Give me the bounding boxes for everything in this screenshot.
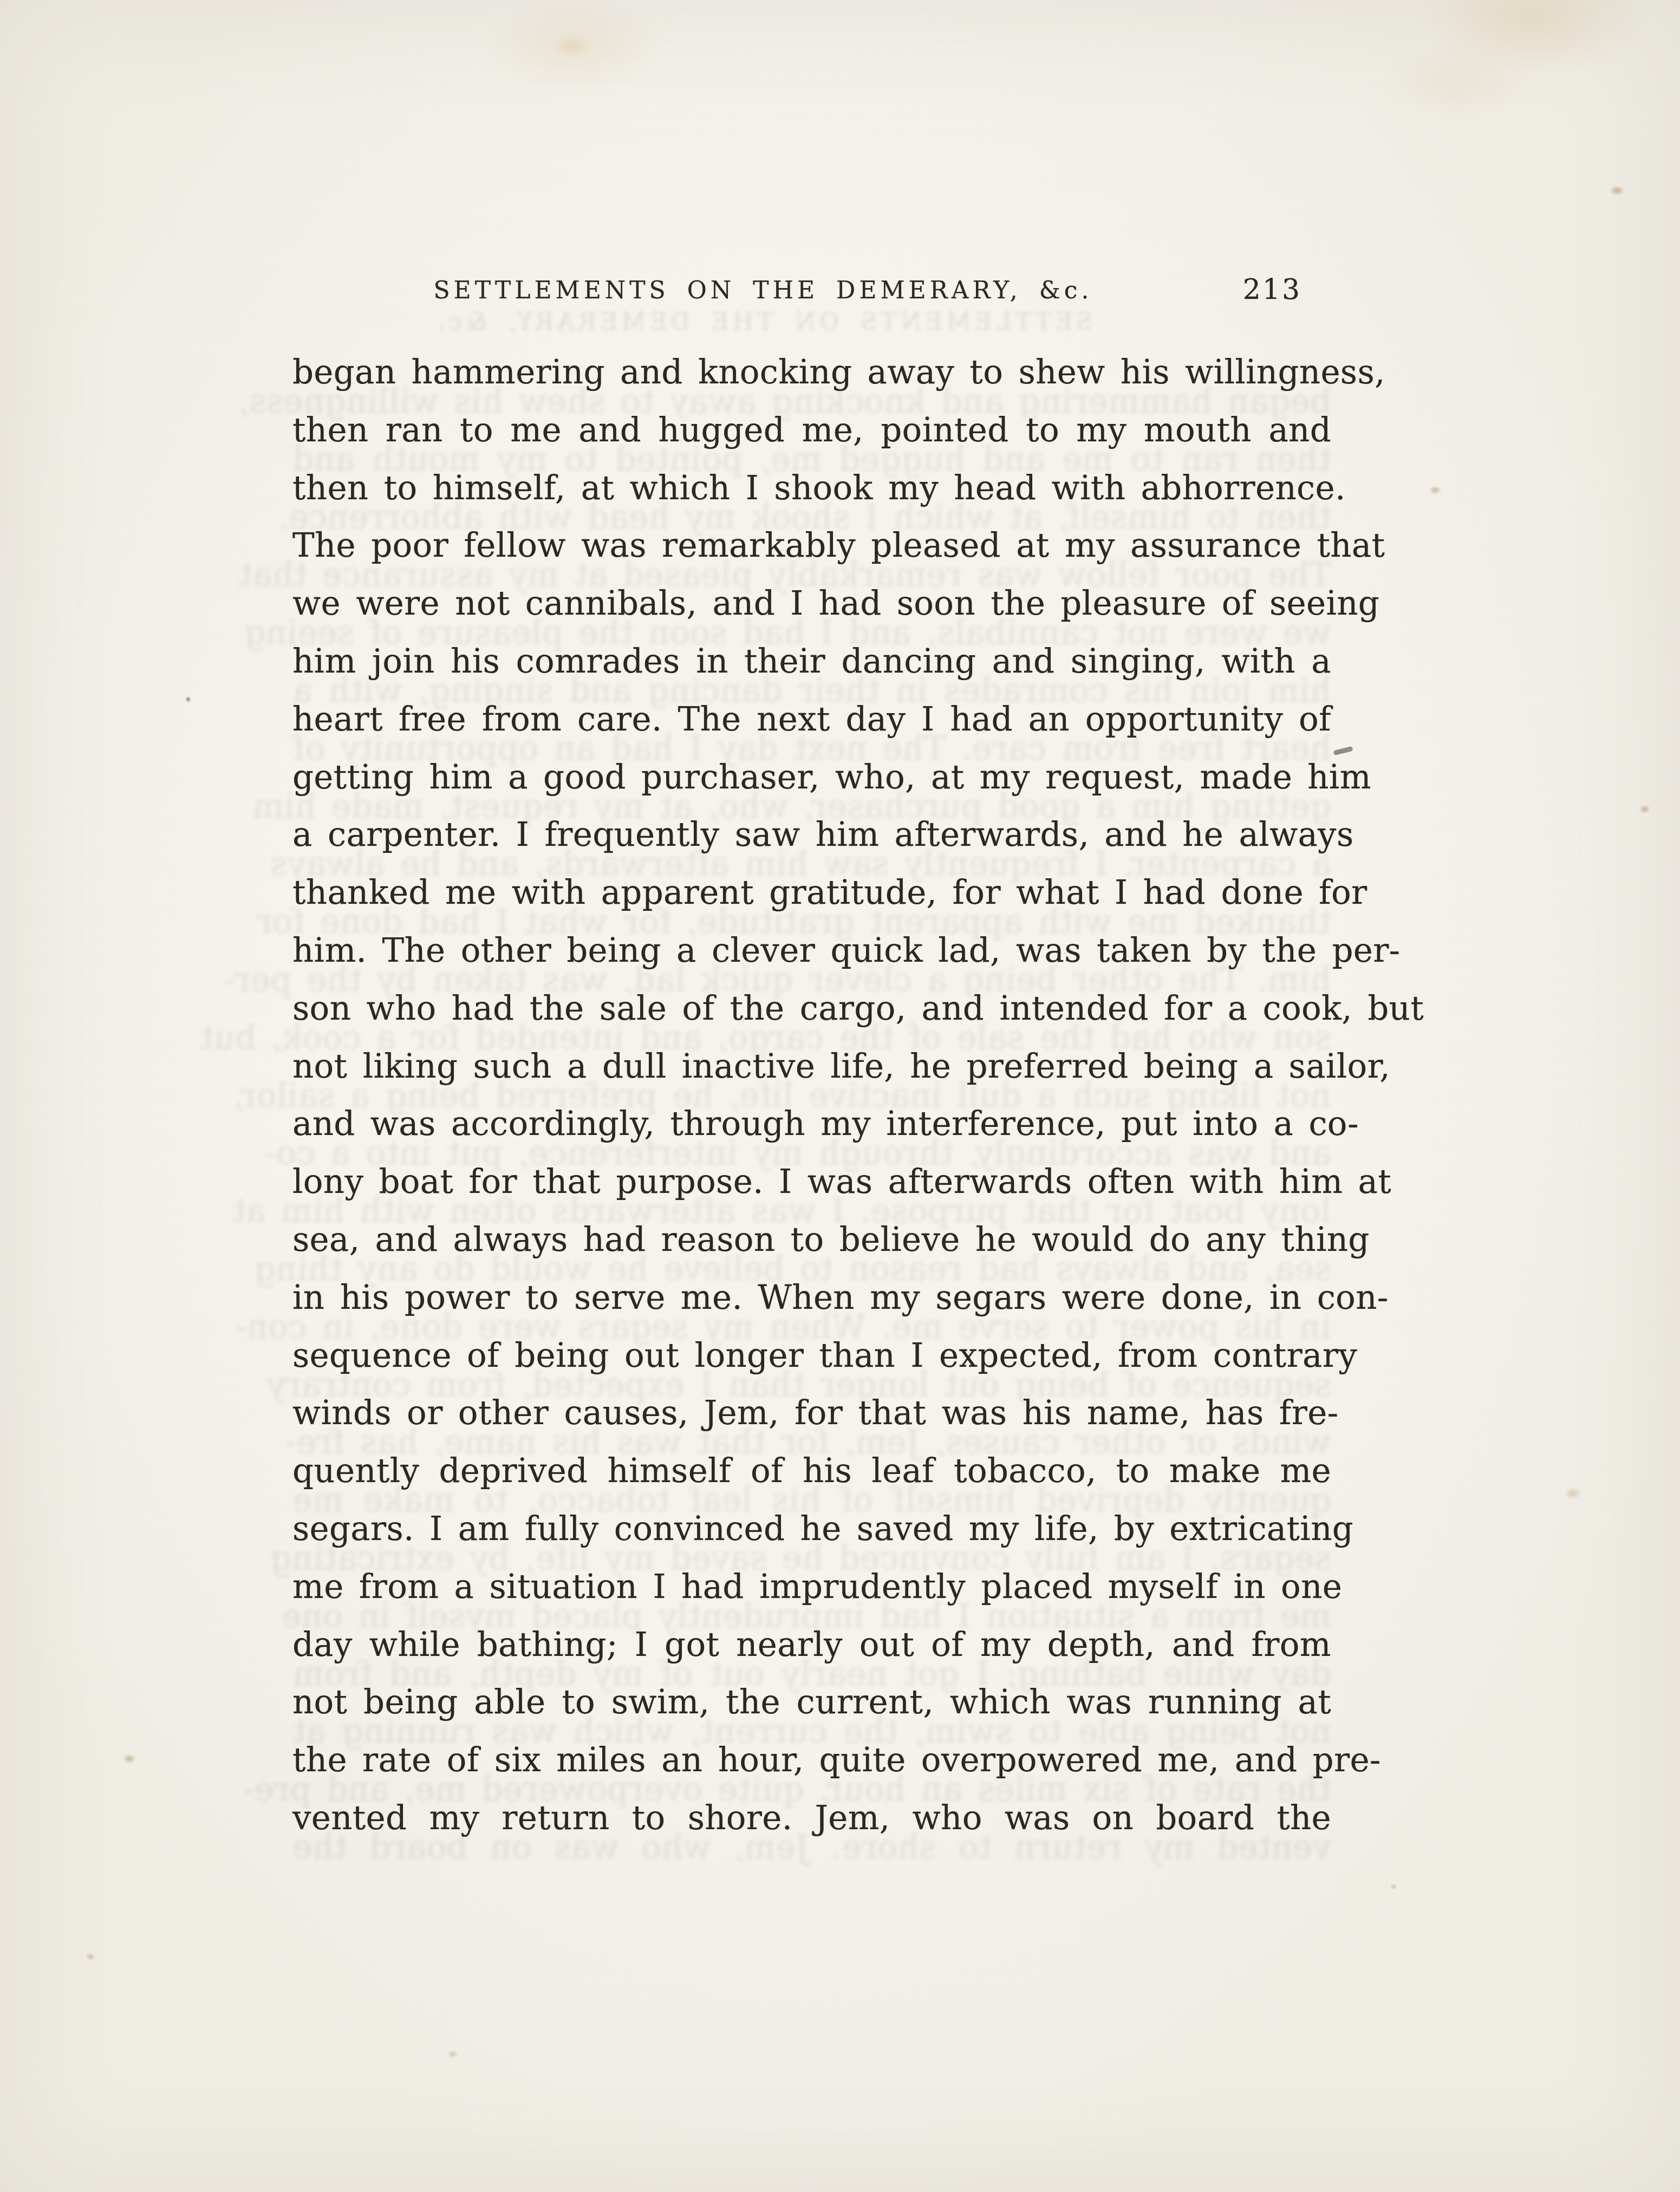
foxing-spot [447,2050,458,2058]
text-line-ink: him join his comrades in their dancing a… [292,642,1331,681]
text-line: vented my return to shore. Jem, who was … [292,1790,1331,1848]
text-line: me from a situation I had imprudently pl… [292,1558,1331,1616]
text-line-ink: segars. I am fully convinced he saved my… [292,1510,1353,1548]
text-line-ink: him. The other being a clever quick lad,… [292,931,1401,970]
text-line-ink: heart free from care. The next day I had… [292,700,1331,739]
text-line-ink: a carpenter. I frequently saw him afterw… [292,816,1354,854]
foxing-spot [1429,485,1442,495]
showthrough-ghost: SETTLEMENTS ON THE DEMERARY, &c. [292,308,1234,336]
text-line-ink: lony boat for that purpose. I was afterw… [292,1163,1391,1201]
foxing-spot [1564,1487,1581,1500]
text-line: The poor fellow was remarkably pleased a… [292,517,1331,575]
body-text: began hammering and knocking away to she… [292,344,1331,1848]
text-line-ink: we were not cannibals, and I had soon th… [292,584,1379,623]
foxing-spot [1610,185,1625,196]
text-line-ink: then ran to me and hugged me, pointed to… [292,411,1331,449]
text-line: and was accordingly, through my interfer… [292,1095,1331,1153]
text-line: a carpenter. I frequently saw him afterw… [292,806,1331,864]
text-line: then ran to me and hugged me, pointed to… [292,402,1331,460]
text-line: getting him a good purchaser, who, at my… [292,749,1331,807]
text-line-ink: began hammering and knocking away to she… [292,353,1385,392]
text-line-ink: not liking such a dull inactive life, he… [292,1047,1390,1086]
text-line: day while bathing; I got nearly out of m… [292,1616,1331,1674]
text-line: segars. I am fully convinced he saved my… [292,1501,1331,1558]
text-line-ink: thanked me with apparent gratitude, for … [292,873,1367,912]
text-line-ink: The poor fellow was remarkably pleased a… [292,526,1385,565]
running-title: SETTLEMENTS ON THE DEMERARY, &c. [292,277,1234,304]
text-line: sea, and always had reason to believe he… [292,1211,1331,1269]
text-line-ink: vented my return to shore. Jem, who was … [292,1799,1331,1837]
ink-smudge [1333,746,1353,755]
text-line-ink: then to himself, at which I shook my hea… [292,469,1346,507]
text-line-ink: and was accordingly, through my interfer… [292,1105,1359,1143]
foxing-spot [86,1953,95,1961]
text-line: the rate of six miles an hour, quite ove… [292,1732,1331,1790]
text-line-ink: the rate of six miles an hour, quite ove… [292,1741,1381,1779]
text-line-ink: sequence of being out longer than I expe… [292,1336,1357,1375]
text-line: in his power to serve me. When my segars… [292,1269,1331,1327]
scanned-book-page: SETTLEMENTS ON THE DEMERARY, &c. SETTLEM… [0,0,1680,2192]
text-line: lony boat for that purpose. I was afterw… [292,1153,1331,1211]
text-line-ink: me from a situation I had imprudently pl… [292,1568,1342,1606]
text-line: not being able to swim, the current, whi… [292,1674,1331,1732]
foxing-spot [554,35,591,57]
text-line: we were not cannibals, and I had soon th… [292,575,1331,633]
foxing-spot [1639,805,1651,814]
text-line: winds or other causes, Jem, for that was… [292,1385,1331,1443]
text-line-ink: winds or other causes, Jem, for that was… [292,1394,1338,1432]
text-line-ink: day while bathing; I got nearly out of m… [292,1626,1331,1664]
text-line: began hammering and knocking away to she… [292,344,1331,402]
text-line: him join his comrades in their dancing a… [292,633,1331,691]
text-line-ink: not being able to swim, the current, whi… [292,1683,1331,1721]
text-line: him. The other being a clever quick lad,… [292,922,1331,980]
text-line-ink: quently deprived himself of his leaf tob… [292,1452,1331,1490]
text-line: heart free from care. The next day I had… [292,691,1331,749]
text-line: sequence of being out longer than I expe… [292,1327,1331,1385]
foxing-spot [122,1753,136,1764]
page-number: 213 [1243,273,1301,306]
text-line: thanked me with apparent gratitude, for … [292,864,1331,922]
text-line-ink: sea, and always had reason to believe he… [292,1221,1370,1259]
text-line-ink: in his power to serve me. When my segars… [292,1278,1389,1317]
text-block: SETTLEMENTS ON THE DEMERARY, &c. SETTLEM… [292,273,1331,1848]
text-line: quently deprived himself of his leaf tob… [292,1443,1331,1501]
text-line: then to himself, at which I shook my hea… [292,460,1331,518]
page-header: SETTLEMENTS ON THE DEMERARY, &c. SETTLEM… [292,273,1331,317]
text-line-ink: son who had the sale of the cargo, and i… [292,989,1424,1028]
paper-speck [185,696,191,702]
text-line: son who had the sale of the cargo, and i… [292,980,1331,1038]
paper-speck [1390,1883,1397,1890]
text-line-ink: getting him a good purchaser, who, at my… [292,758,1371,797]
text-line: not liking such a dull inactive life, he… [292,1038,1331,1096]
